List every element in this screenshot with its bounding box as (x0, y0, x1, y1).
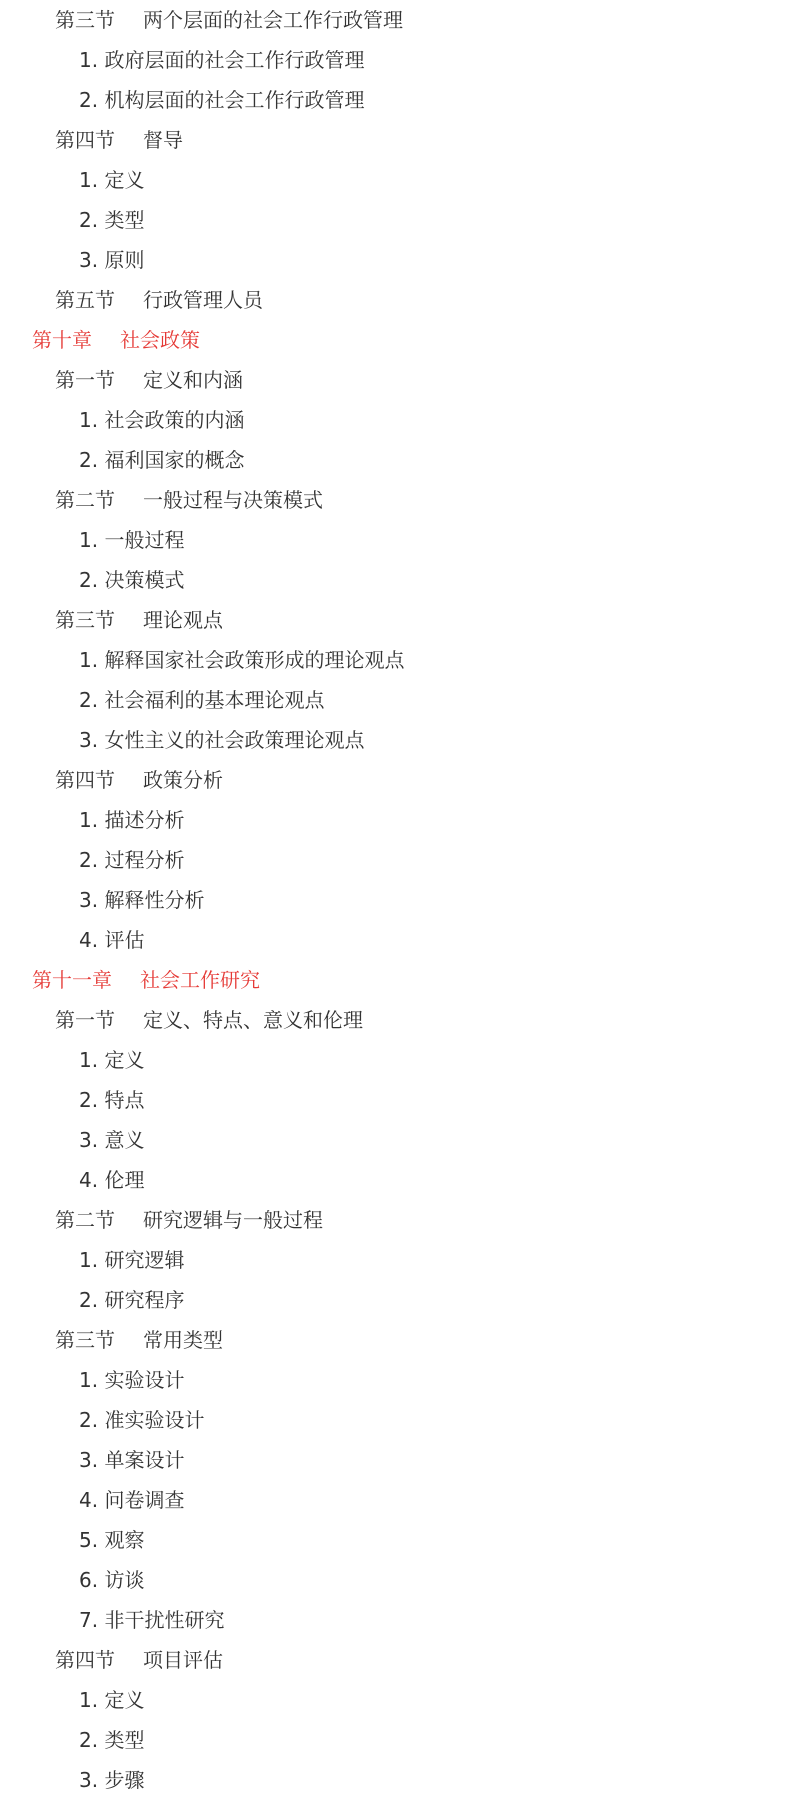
section-number: 第四节 (55, 768, 115, 792)
toc-item[interactable]: 2. 过程分析 (0, 840, 790, 880)
section-title: 督导 (143, 128, 183, 152)
section-title: 项目评估 (143, 1648, 223, 1672)
toc-item[interactable]: 3. 女性主义的社会政策理论观点 (0, 720, 790, 760)
toc-item[interactable]: 5. 观察 (0, 1520, 790, 1560)
section-number: 第四节 (55, 1648, 115, 1672)
toc-item[interactable]: 1. 定义 (0, 1040, 790, 1080)
toc-section[interactable]: 第四节政策分析 (0, 760, 790, 800)
toc-item[interactable]: 2. 决策模式 (0, 560, 790, 600)
toc-item[interactable]: 7. 非干扰性研究 (0, 1600, 790, 1640)
toc-item[interactable]: 1. 定义 (0, 1680, 790, 1720)
toc-item[interactable]: 3. 步骤 (0, 1760, 790, 1799)
section-number: 第一节 (55, 368, 115, 392)
toc-item[interactable]: 1. 实验设计 (0, 1360, 790, 1400)
toc-item[interactable]: 2. 福利国家的概念 (0, 440, 790, 480)
toc-item[interactable]: 2. 类型 (0, 200, 790, 240)
toc-item[interactable]: 3. 意义 (0, 1120, 790, 1160)
section-number: 第三节 (55, 8, 115, 32)
toc-item[interactable]: 2. 特点 (0, 1080, 790, 1120)
toc-chapter[interactable]: 第十一章社会工作研究 (0, 960, 790, 1000)
toc-item[interactable]: 3. 解释性分析 (0, 880, 790, 920)
toc-item[interactable]: 1. 描述分析 (0, 800, 790, 840)
section-number: 第一节 (55, 1008, 115, 1032)
toc-item[interactable]: 2. 社会福利的基本理论观点 (0, 680, 790, 720)
toc-item[interactable]: 4. 问卷调查 (0, 1480, 790, 1520)
section-title: 常用类型 (143, 1328, 223, 1352)
toc-chapter[interactable]: 第十章社会政策 (0, 320, 790, 360)
toc-item[interactable]: 1. 一般过程 (0, 520, 790, 560)
toc-item[interactable]: 2. 研究程序 (0, 1280, 790, 1320)
toc-section[interactable]: 第五节行政管理人员 (0, 280, 790, 320)
toc-item[interactable]: 1. 解释国家社会政策形成的理论观点 (0, 640, 790, 680)
toc-item[interactable]: 1. 定义 (0, 160, 790, 200)
section-title: 理论观点 (143, 608, 223, 632)
section-title: 一般过程与决策模式 (143, 488, 323, 512)
toc-section[interactable]: 第三节常用类型 (0, 1320, 790, 1360)
section-title: 研究逻辑与一般过程 (143, 1208, 323, 1232)
toc-section[interactable]: 第二节研究逻辑与一般过程 (0, 1200, 790, 1240)
section-title: 行政管理人员 (143, 288, 263, 312)
toc-section[interactable]: 第三节两个层面的社会工作行政管理 (0, 0, 790, 40)
section-title: 政策分析 (143, 768, 223, 792)
toc-item[interactable]: 2. 准实验设计 (0, 1400, 790, 1440)
toc-item[interactable]: 3. 原则 (0, 240, 790, 280)
section-title: 两个层面的社会工作行政管理 (143, 8, 403, 32)
section-number: 第四节 (55, 128, 115, 152)
section-number: 第二节 (55, 488, 115, 512)
chapter-number: 第十章 (32, 328, 92, 352)
toc-item[interactable]: 4. 伦理 (0, 1160, 790, 1200)
chapter-number: 第十一章 (32, 968, 112, 992)
toc-section[interactable]: 第一节定义和内涵 (0, 360, 790, 400)
section-title: 定义和内涵 (143, 368, 243, 392)
toc-section[interactable]: 第四节督导 (0, 120, 790, 160)
section-number: 第五节 (55, 288, 115, 312)
toc-item[interactable]: 1. 政府层面的社会工作行政管理 (0, 40, 790, 80)
section-number: 第三节 (55, 1328, 115, 1352)
section-number: 第三节 (55, 608, 115, 632)
toc-item[interactable]: 3. 单案设计 (0, 1440, 790, 1480)
section-title: 定义、特点、意义和伦理 (143, 1008, 363, 1032)
chapter-title: 社会政策 (120, 328, 200, 352)
toc-section[interactable]: 第三节理论观点 (0, 600, 790, 640)
toc-section[interactable]: 第四节项目评估 (0, 1640, 790, 1680)
toc-section[interactable]: 第一节定义、特点、意义和伦理 (0, 1000, 790, 1040)
toc-item[interactable]: 1. 研究逻辑 (0, 1240, 790, 1280)
toc-item[interactable]: 4. 评估 (0, 920, 790, 960)
table-of-contents: 第三节两个层面的社会工作行政管理1. 政府层面的社会工作行政管理2. 机构层面的… (0, 0, 790, 1799)
toc-item[interactable]: 1. 社会政策的内涵 (0, 400, 790, 440)
toc-item[interactable]: 2. 类型 (0, 1720, 790, 1760)
section-number: 第二节 (55, 1208, 115, 1232)
chapter-title: 社会工作研究 (140, 968, 260, 992)
toc-item[interactable]: 6. 访谈 (0, 1560, 790, 1600)
toc-section[interactable]: 第二节一般过程与决策模式 (0, 480, 790, 520)
toc-item[interactable]: 2. 机构层面的社会工作行政管理 (0, 80, 790, 120)
